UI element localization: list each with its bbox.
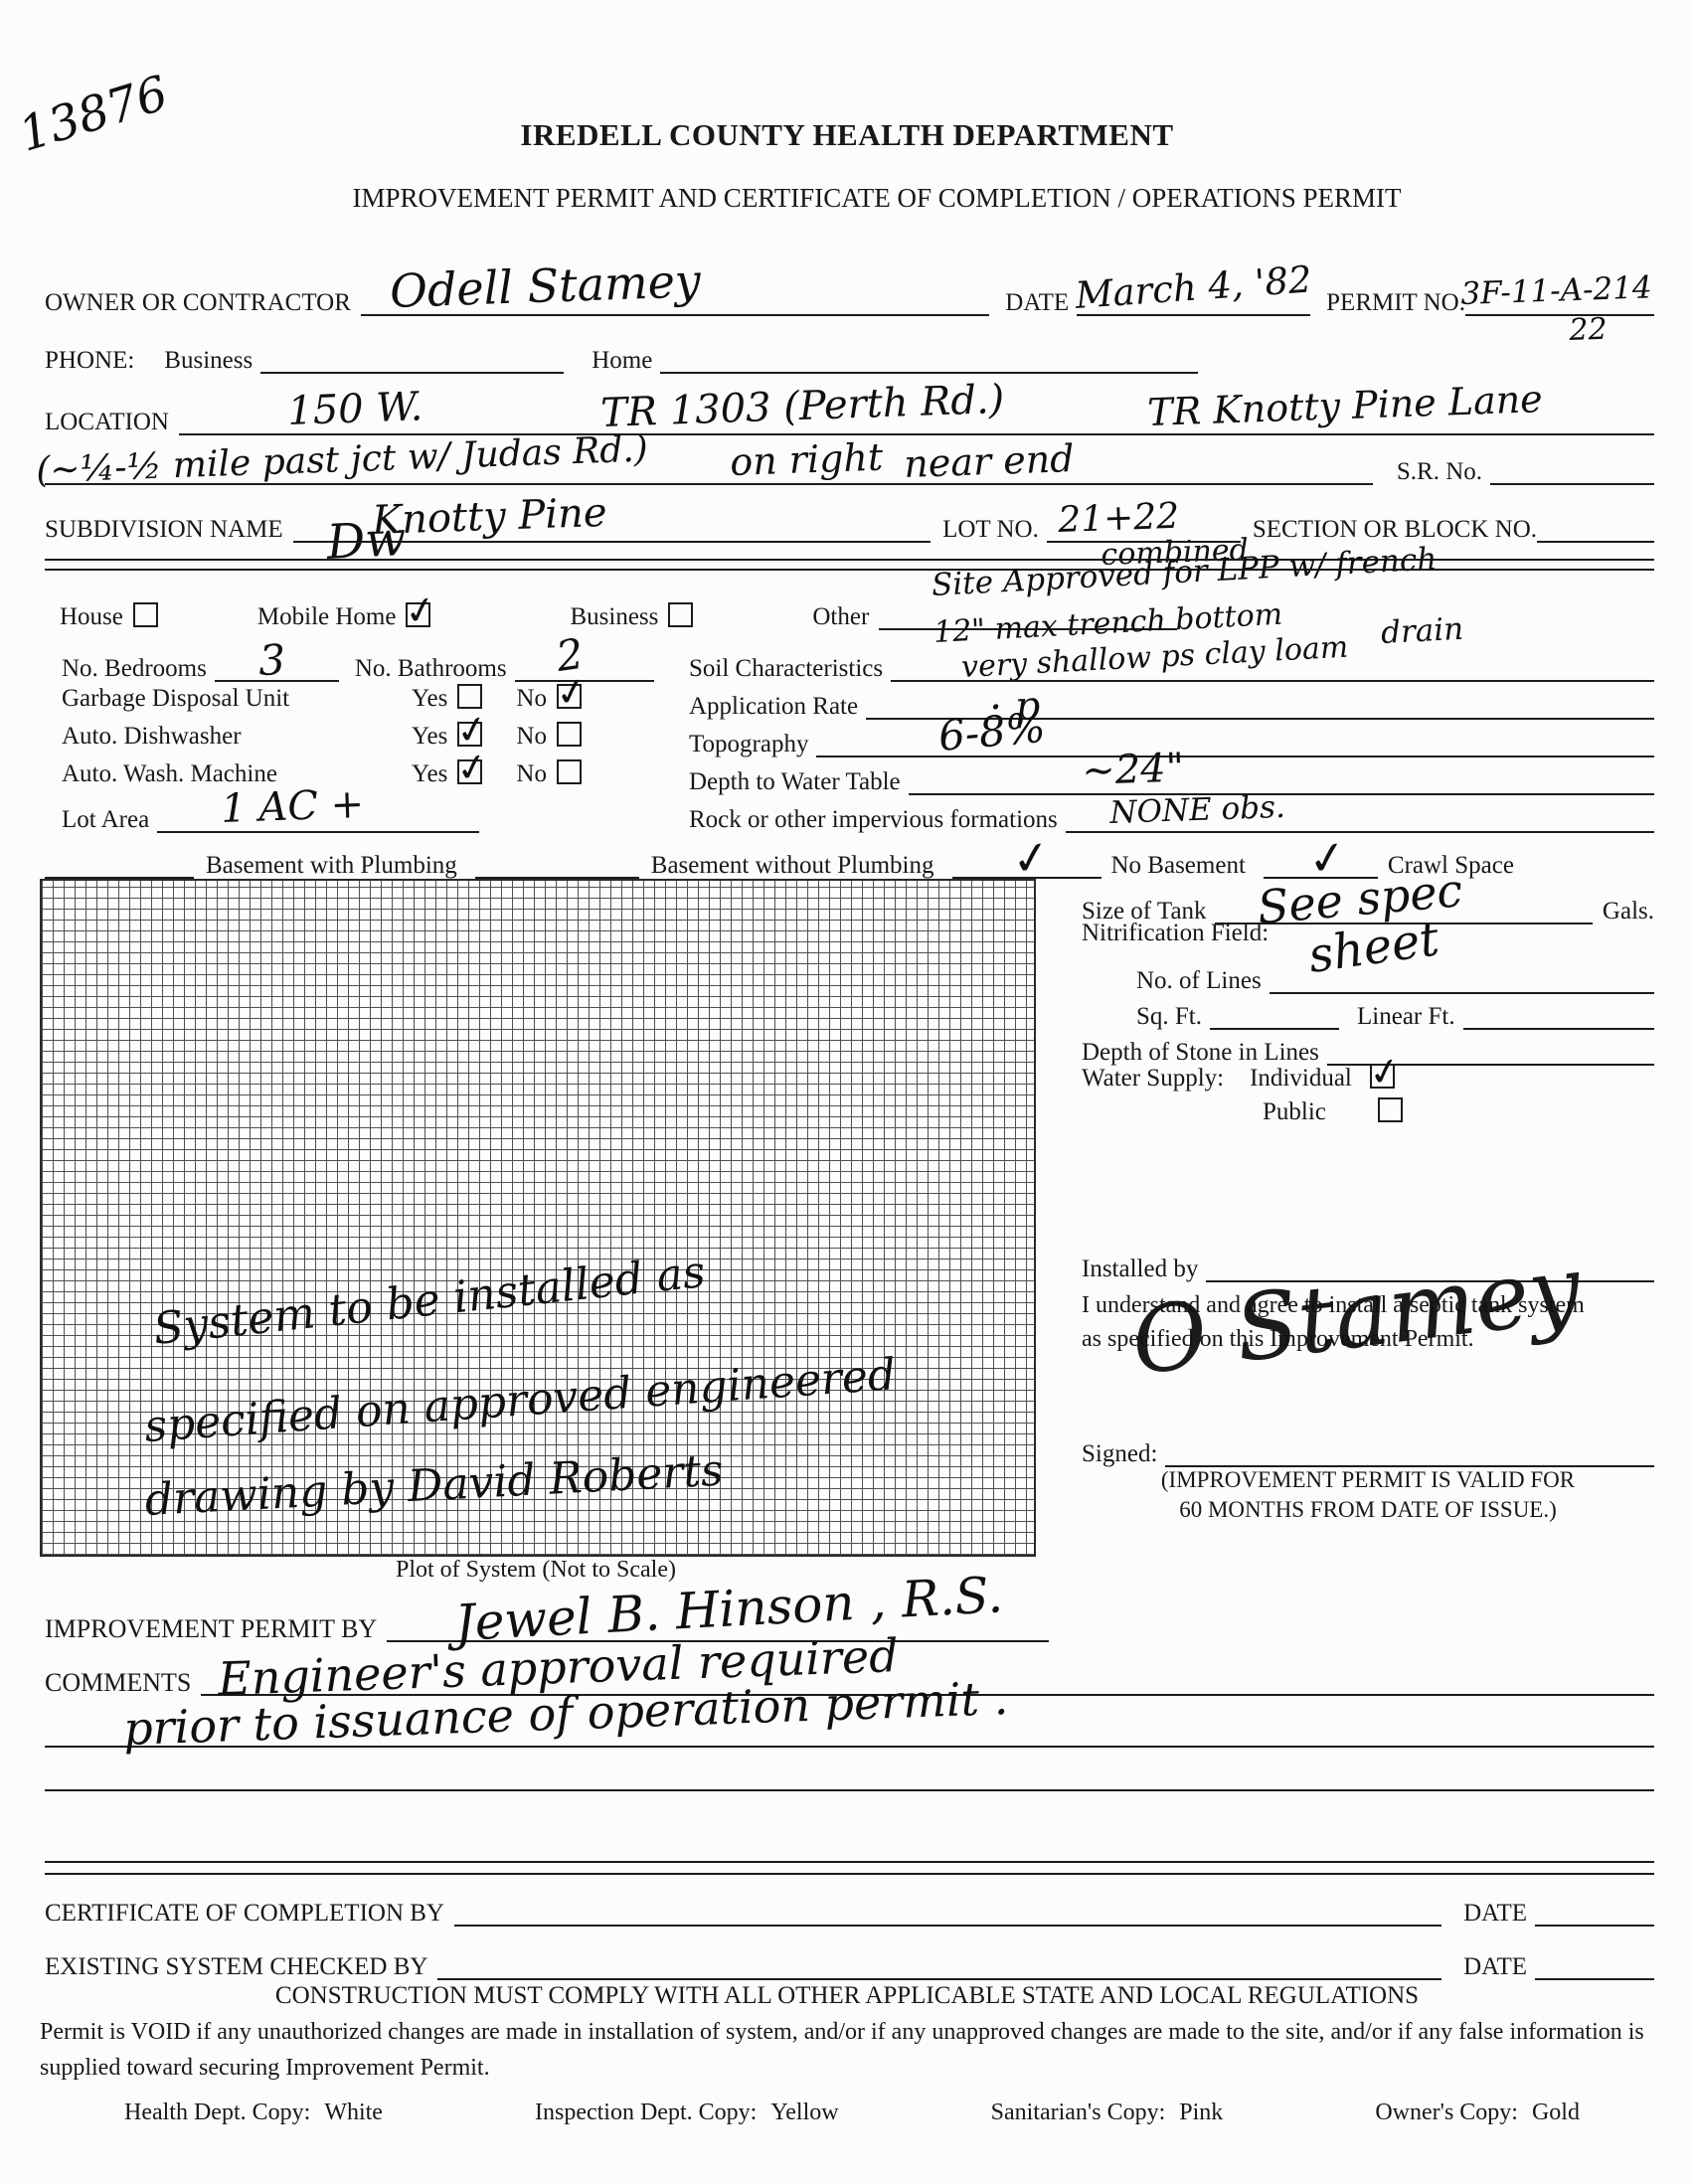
- rock-label: Rock or other impervious formations: [689, 807, 1058, 833]
- signed-line: [1165, 1431, 1654, 1467]
- comments-row-2: prior to issuance of operation permit .: [45, 1704, 1654, 1748]
- permit-no-label: PERMIT NO.: [1326, 290, 1465, 316]
- rock-row: Rock or other impervious formations NONE…: [689, 797, 1654, 833]
- application-rate-label: Application Rate: [689, 694, 858, 720]
- soil-line: [891, 646, 1654, 682]
- existing-label: EXISTING SYSTEM CHECKED BY: [45, 1954, 427, 1980]
- nitrification-row: Nitrification Field:: [1082, 921, 1269, 946]
- lot-no-value: 21+22: [1058, 499, 1180, 539]
- copy-label: Inspection Dept. Copy:: [535, 2100, 757, 2125]
- water-table-label: Depth to Water Table: [689, 769, 901, 795]
- site-note-line1b: drain: [1380, 614, 1464, 649]
- garbage-yes-checkbox: [457, 684, 482, 709]
- location-line-2: (~¼-½ mile past jct w/ Judas Rd.) on rig…: [45, 441, 1373, 485]
- sr-no-label: S.R. No.: [1397, 459, 1482, 485]
- dishwasher-row: Auto. Dishwasher Yes ✓ No: [62, 722, 668, 750]
- sqft-row: Sq. Ft. Linear Ft.: [1136, 994, 1654, 1030]
- location-line2-value-3: near end: [904, 439, 1075, 483]
- topography-value: 6-8%: [937, 707, 1048, 757]
- certificate-date-label: DATE: [1463, 1901, 1527, 1927]
- no-of-lines-line: [1270, 958, 1654, 994]
- individual-label: Individual: [1250, 1066, 1352, 1092]
- individual-checkbox: ✓: [1370, 1064, 1395, 1089]
- void-note: Permit is VOID if any unauthorized chang…: [40, 2014, 1654, 2086]
- house-checkbox: [133, 602, 158, 627]
- date-value: March 4, '82: [1075, 260, 1313, 314]
- public-checkbox: [1378, 1097, 1403, 1122]
- no-basement-label: No Basement: [1111, 853, 1246, 879]
- plot-note-line2: specified on approved engineered: [143, 1353, 897, 1449]
- basement-with-line: [45, 843, 194, 879]
- lot-area-label: Lot Area: [62, 807, 149, 833]
- permit-by-label: IMPROVEMENT PERMIT BY: [45, 1615, 377, 1642]
- garbage-label: Garbage Disposal Unit: [62, 686, 412, 712]
- no-basement-line: ✓: [952, 843, 1101, 879]
- copy-value: White: [324, 2100, 383, 2125]
- copy-label: Owner's Copy:: [1375, 2100, 1518, 2125]
- nitrification-label: Nitrification Field:: [1082, 921, 1269, 946]
- owner-label: OWNER OR CONTRACTOR: [45, 290, 351, 316]
- linear-ft-label: Linear Ft.: [1357, 1004, 1455, 1030]
- copy-item-owner: Owner's Copy: Gold: [1375, 2100, 1580, 2126]
- divider-rule-bottom-a: [45, 1861, 1654, 1863]
- compliance-note: CONSTRUCTION MUST COMPLY WITH ALL OTHER …: [0, 1982, 1694, 2010]
- location-value-1: 150 W.: [287, 387, 423, 431]
- rock-value: NONE obs.: [1109, 792, 1285, 829]
- mobile-home-label: Mobile Home: [257, 604, 397, 630]
- soil-label: Soil Characteristics: [689, 656, 883, 682]
- phone-home-label: Home: [592, 348, 652, 374]
- location-row: LOCATION 150 W. TR 1303 (Perth Rd.) TR K…: [45, 390, 1654, 435]
- dishwasher-no-label: No: [516, 724, 547, 750]
- washer-yes-label: Yes: [412, 761, 447, 787]
- phone-home-line: [660, 338, 1198, 374]
- location-value-3: TR Knotty Pine Lane: [1147, 380, 1544, 431]
- sq-ft-label: Sq. Ft.: [1136, 1004, 1202, 1030]
- bedrooms-label: No. Bedrooms: [62, 656, 207, 682]
- form-title: IREDELL COUNTY HEALTH DEPARTMENT: [0, 117, 1694, 153]
- washer-row: Auto. Wash. Machine Yes ✓ No: [62, 759, 668, 787]
- no-of-lines-label: No. of Lines: [1136, 968, 1262, 994]
- date-label: DATE: [1005, 290, 1069, 316]
- washer-yes-checkbox: ✓: [457, 759, 482, 784]
- basement-without-label: Basement without Plumbing: [651, 853, 934, 879]
- lot-no-line: 21+22 combined: [1047, 507, 1241, 543]
- dishwasher-yes-label: Yes: [412, 724, 447, 750]
- plot-grid: System to be installed as specified on a…: [40, 879, 1036, 1557]
- plot-note-line1: System to be installed as: [151, 1251, 707, 1352]
- basement-with-label: Basement with Plumbing: [206, 853, 457, 879]
- owner-value: Odell Stamey: [389, 257, 701, 314]
- mobile-home-check: ✓: [402, 589, 439, 632]
- water-table-row: Depth to Water Table ~24": [689, 759, 1654, 795]
- comments-line-2: prior to issuance of operation permit .: [45, 1704, 1654, 1748]
- permit-no-value-line2: 22: [1569, 315, 1608, 346]
- business-checkbox: [668, 602, 693, 627]
- public-label: Public: [1263, 1099, 1326, 1125]
- signed-label: Signed:: [1082, 1441, 1157, 1467]
- form-subtitle: IMPROVEMENT PERMIT AND CERTIFICATE OF CO…: [119, 183, 1634, 214]
- garbage-row: Garbage Disposal Unit Yes No ✓: [62, 684, 668, 712]
- validity-note-line2: 60 MONTHS FROM DATE OF ISSUE.): [1082, 1497, 1654, 1523]
- depth-stone-label: Depth of Stone in Lines: [1082, 1040, 1319, 1066]
- bathrooms-label: No. Bathrooms: [355, 656, 507, 682]
- sq-ft-line: [1210, 994, 1339, 1030]
- public-row: Public: [1263, 1097, 1403, 1125]
- individual-check: ✓: [1366, 1051, 1404, 1093]
- blank-rule: [45, 1789, 1654, 1791]
- location-line: 150 W. TR 1303 (Perth Rd.) TR Knotty Pin…: [179, 390, 1654, 435]
- copy-value: Yellow: [770, 2100, 838, 2125]
- garbage-no-checkbox: ✓: [557, 684, 582, 709]
- topography-line: 6-8%: [816, 722, 1654, 757]
- existing-line: [437, 1944, 1441, 1980]
- certificate-label: CERTIFICATE OF COMPLETION BY: [45, 1901, 444, 1927]
- copy-item-sanitarian: Sanitarian's Copy: Pink: [991, 2100, 1224, 2126]
- subdivision-label: SUBDIVISION NAME: [45, 517, 283, 543]
- date-line: March 4, '82: [1077, 280, 1310, 316]
- existing-row: EXISTING SYSTEM CHECKED BY DATE: [45, 1944, 1654, 1980]
- location-line2-value-2: on right: [730, 438, 884, 481]
- no-of-lines-row: No. of Lines: [1136, 958, 1654, 994]
- section-label: SECTION OR BLOCK NO.: [1253, 517, 1537, 543]
- application-rate-row: Application Rate · p: [689, 684, 1654, 720]
- soil-row: Soil Characteristics: [689, 646, 1654, 682]
- permit-no-line: 3F-11-A-214 22: [1465, 280, 1654, 316]
- copy-value: Pink: [1179, 2100, 1223, 2125]
- lot-area-line: 1 AC +: [157, 797, 479, 833]
- validity-note-line1: (IMPROVEMENT PERMIT IS VALID FOR: [1082, 1467, 1654, 1493]
- existing-date-line: [1535, 1944, 1654, 1980]
- certificate-row: CERTIFICATE OF COMPLETION BY DATE: [45, 1891, 1654, 1927]
- owner-line: Odell Stamey: [361, 268, 989, 316]
- garbage-no-label: No: [516, 686, 547, 712]
- subdivision-row: SUBDIVISION NAME Knotty Pine LOT NO. 21+…: [45, 499, 1654, 543]
- washer-no-checkbox: [557, 759, 582, 784]
- washer-yes-check: ✓: [453, 747, 491, 789]
- divider-rule-bottom-b: [45, 1873, 1654, 1875]
- mobile-home-checkbox: ✓: [406, 602, 430, 627]
- washer-no-label: No: [516, 761, 547, 787]
- phone-business-label: Business: [164, 348, 253, 374]
- copy-item-inspection: Inspection Dept. Copy: Yellow: [535, 2100, 839, 2126]
- plot-note-line3: drawing by David Roberts: [144, 1449, 725, 1523]
- linear-ft-line: [1463, 994, 1654, 1030]
- copy-label: Sanitarian's Copy:: [991, 2100, 1166, 2125]
- tank-row: Size of Tank See spec Gals.: [1082, 883, 1654, 924]
- dishwasher-yes-checkbox: ✓: [457, 722, 482, 747]
- location-value-2: TR 1303 (Perth Rd.): [600, 380, 1005, 433]
- permit-no-value: 3F-11-A-214: [1460, 272, 1652, 310]
- copy-item-health: Health Dept. Copy: White: [124, 2100, 383, 2126]
- water-table-value: ~24": [1081, 748, 1184, 791]
- certificate-date-line: [1535, 1891, 1654, 1927]
- dishwasher-no-checkbox: [557, 722, 582, 747]
- lot-area-value: 1 AC +: [221, 784, 365, 829]
- business-label: Business: [570, 604, 658, 630]
- location-row-2: (~¼-½ mile past jct w/ Judas Rd.) on rig…: [45, 441, 1654, 485]
- other-label: Other: [812, 604, 869, 630]
- copy-label: Health Dept. Copy:: [124, 2100, 310, 2125]
- water-supply-label: Water Supply:: [1082, 1066, 1224, 1092]
- lot-area-row: Lot Area 1 AC +: [62, 797, 479, 833]
- phone-business-line: [260, 338, 564, 374]
- owner-row: OWNER OR CONTRACTOR Odell Stamey DATE Ma…: [45, 268, 1654, 316]
- rock-line: NONE obs.: [1066, 797, 1654, 833]
- house-label: House: [60, 604, 123, 630]
- no-basement-check: ✓: [1008, 833, 1053, 884]
- signed-row: Signed:: [1082, 1431, 1654, 1467]
- sr-no-line: [1490, 449, 1654, 485]
- water-supply-row: Water Supply: Individual ✓: [1082, 1064, 1395, 1092]
- phone-row: PHONE: Business Home: [45, 338, 1198, 374]
- existing-date-label: DATE: [1463, 1954, 1527, 1980]
- scanned-permit-form: 13876 IREDELL COUNTY HEALTH DEPARTMENT I…: [0, 0, 1694, 2184]
- dishwasher-label: Auto. Dishwasher: [62, 724, 412, 750]
- subdivision-value: Knotty Pine: [371, 493, 607, 541]
- basement-without-line: [475, 843, 639, 879]
- comments-label: COMMENTS: [45, 1669, 191, 1696]
- installed-by-label: Installed by: [1082, 1257, 1198, 1282]
- location-line2-value-1: (~¼-½ mile past jct w/ Judas Rd.): [36, 432, 649, 489]
- location-label: LOCATION: [45, 410, 169, 435]
- section-line: [1537, 507, 1654, 543]
- stray-handwriting: Dw: [325, 515, 407, 567]
- bedrooms-line: 3: [215, 646, 339, 682]
- garbage-yes-label: Yes: [412, 686, 447, 712]
- lot-no-label: LOT NO.: [942, 517, 1039, 543]
- certificate-line: [454, 1891, 1441, 1927]
- permit-by-row: IMPROVEMENT PERMIT BY Jewel B. Hinson , …: [45, 1600, 1049, 1642]
- copy-value: Gold: [1532, 2100, 1580, 2125]
- phone-label: PHONE:: [45, 348, 134, 374]
- topography-label: Topography: [689, 732, 808, 757]
- gals-label: Gals.: [1603, 899, 1654, 924]
- garbage-no-check: ✓: [553, 671, 591, 714]
- copies-row: Health Dept. Copy: White Inspection Dept…: [124, 2100, 1580, 2126]
- bedrooms-value: 3: [257, 639, 285, 682]
